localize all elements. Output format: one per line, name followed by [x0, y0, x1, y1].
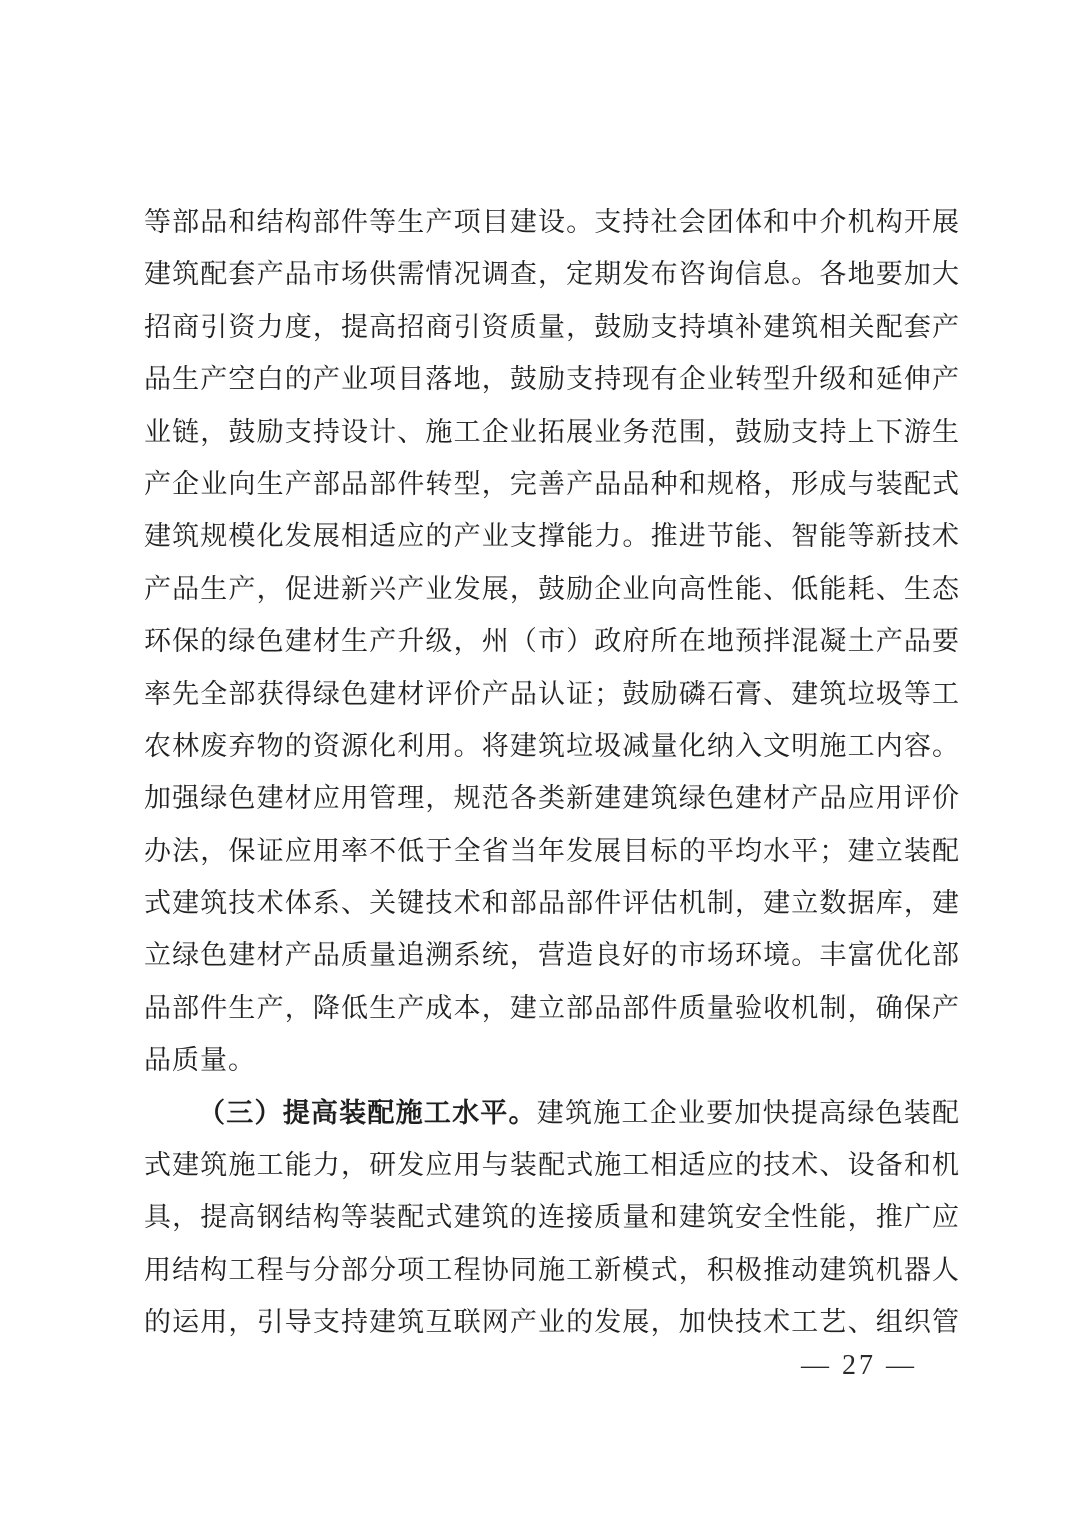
text-line: 品质量。 [144, 1034, 960, 1086]
text-line: 农林废弃物的资源化利用。将建筑垃圾减量化纳入文明施工内容。 [144, 720, 960, 772]
text-line: 式建筑技术体系、关键技术和部品部件评估机制，建立数据库，建 [144, 877, 960, 929]
text-line: 的运用，引导支持建筑互联网产业的发展，加快技术工艺、组织管 [144, 1296, 960, 1348]
text-line: 办法，保证应用率不低于全省当年发展目标的平均水平；建立装配 [144, 825, 960, 877]
text-line: 产企业向生产部品部件转型，完善产品品种和规格，形成与装配式 [144, 458, 960, 510]
text-line: 等部品和结构部件等生产项目建设。支持社会团体和中介机构开展 [144, 196, 960, 248]
text-line: 品部件生产，降低生产成本，建立部品部件质量验收机制，确保产 [144, 982, 960, 1034]
text-line: 建筑规模化发展相适应的产业支撑能力。推进节能、智能等新技术 [144, 510, 960, 562]
section-heading: （三）提高装配施工水平。 [198, 1098, 537, 1128]
text-line: 加强绿色建材应用管理，规范各类新建建筑绿色建材产品应用评价 [144, 772, 960, 824]
section-heading-line: （三）提高装配施工水平。建筑施工企业要加快提高绿色装配 [144, 1087, 960, 1139]
page-number: — 27 — [801, 1346, 917, 1386]
text-line: 具，提高钢结构等装配式建筑的连接质量和建筑安全性能，推广应 [144, 1191, 960, 1243]
text-line: 式建筑施工能力，研发应用与装配式施工相适应的技术、设备和机 [144, 1139, 960, 1191]
section-heading-rest: 建筑施工企业要加快提高绿色装配 [537, 1098, 960, 1128]
text-line: 产品生产，促进新兴产业发展，鼓励企业向高性能、低能耗、生态 [144, 563, 960, 615]
text-line: 建筑配套产品市场供需情况调查，定期发布咨询信息。各地要加大 [144, 248, 960, 300]
body-text: 等部品和结构部件等生产项目建设。支持社会团体和中介机构开展 建筑配套产品市场供需… [144, 196, 960, 1349]
text-line: 业链，鼓励支持设计、施工企业拓展业务范围，鼓励支持上下游生 [144, 406, 960, 458]
text-line: 环保的绿色建材生产升级，州（市）政府所在地预拌混凝土产品要 [144, 615, 960, 667]
text-line: 招商引资力度，提高招商引资质量，鼓励支持填补建筑相关配套产 [144, 301, 960, 353]
text-line: 率先全部获得绿色建材评价产品认证；鼓励磷石膏、建筑垃圾等工 [144, 668, 960, 720]
document-page: 等部品和结构部件等生产项目建设。支持社会团体和中介机构开展 建筑配套产品市场供需… [0, 0, 1080, 1527]
text-line: 立绿色建材产品质量追溯系统，营造良好的市场环境。丰富优化部 [144, 929, 960, 981]
text-line: 用结构工程与分部分项工程协同施工新模式，积极推动建筑机器人 [144, 1244, 960, 1296]
text-line: 品生产空白的产业项目落地，鼓励支持现有企业转型升级和延伸产 [144, 353, 960, 405]
